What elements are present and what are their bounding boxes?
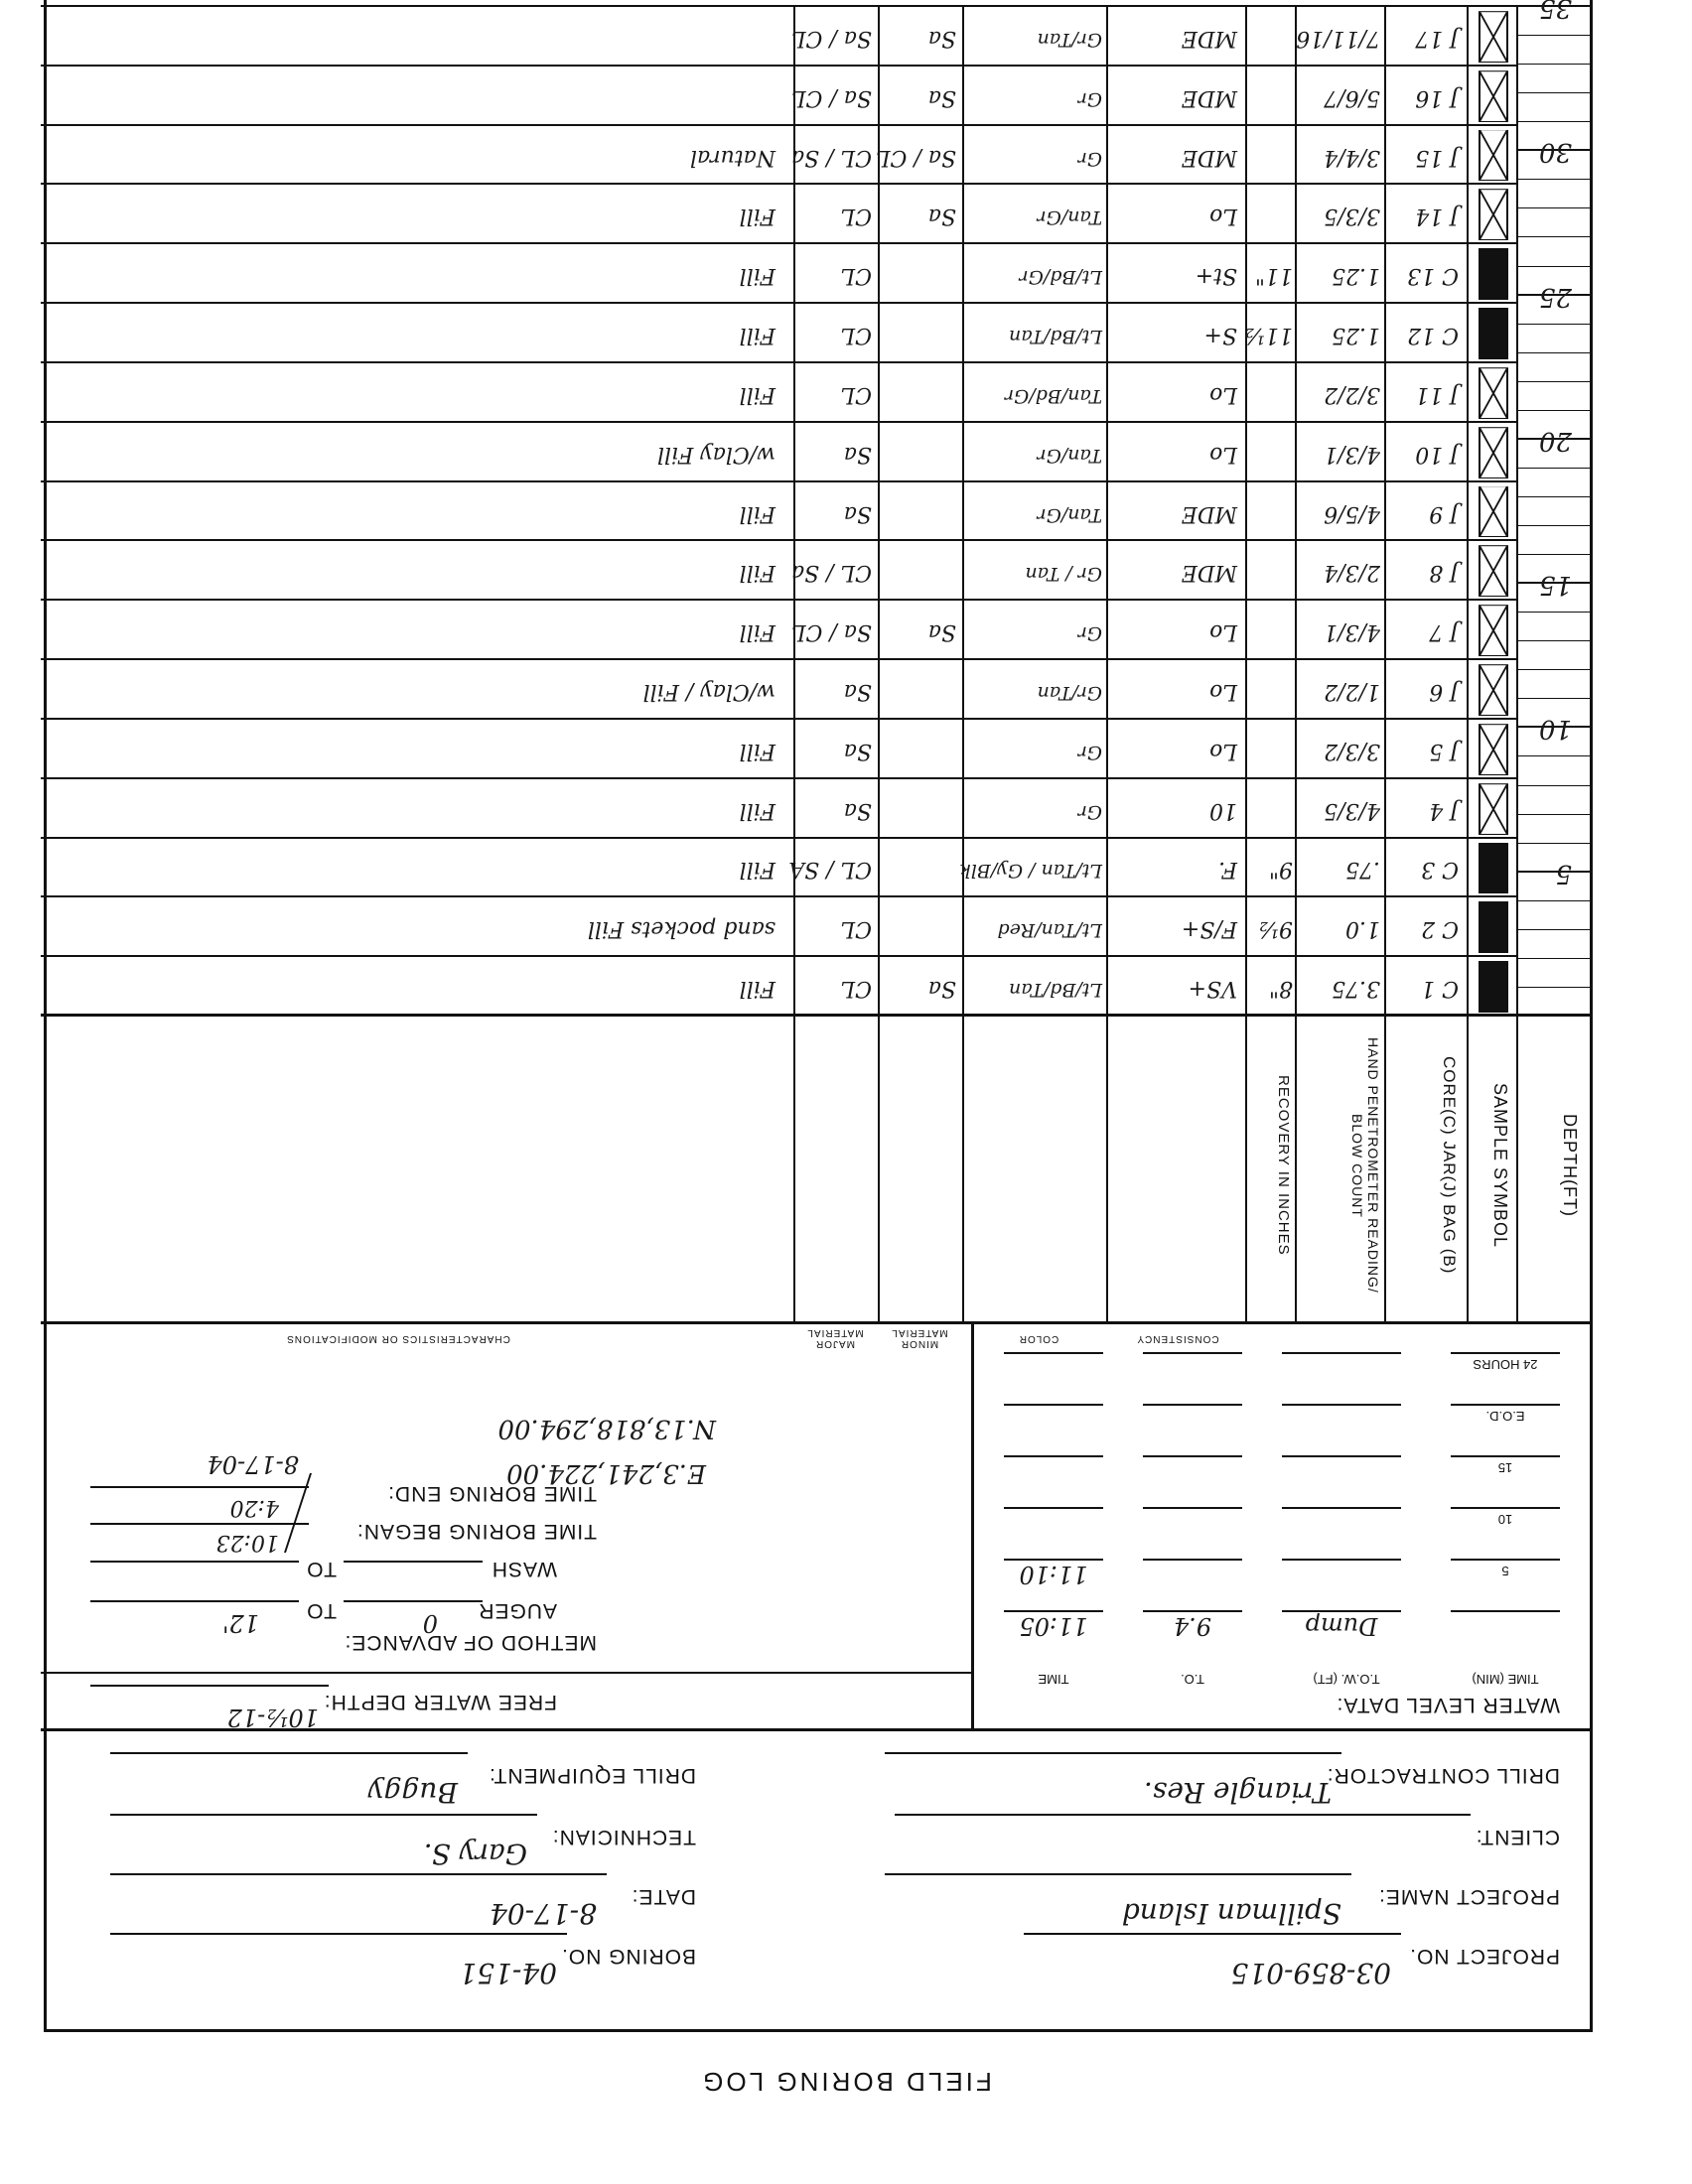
- easting-value[interactable]: E.3,241,224.00: [506, 1458, 706, 1488]
- table-row[interactable]: J 104/3/1LoTan/GrSaw/Clay Fill: [41, 423, 1590, 482]
- core-sample-symbol-icon: [1479, 308, 1508, 359]
- technician-value[interactable]: Gary S.: [424, 1838, 527, 1870]
- water-level-time-min: 15: [1451, 1460, 1560, 1475]
- recovery[interactable]: 8": [1269, 976, 1293, 1001]
- table-row[interactable]: J 94/5/6MDETan/GrSaFill: [41, 482, 1590, 542]
- minor-material[interactable]: Sa: [928, 85, 956, 110]
- jar-sample-symbol-icon: [1479, 664, 1508, 716]
- penetrometer-reading[interactable]: 5/6/7: [1324, 85, 1380, 110]
- consistency[interactable]: F/S+: [1182, 916, 1237, 941]
- characteristics[interactable]: sand pockets Fill: [588, 916, 775, 941]
- col-color: COLOR: [974, 1333, 1103, 1344]
- date-value[interactable]: 8-17-04: [490, 1897, 597, 1930]
- project-no-label: PROJECT NO.: [1409, 1944, 1560, 1968]
- penetrometer-reading[interactable]: 4/3/1: [1324, 619, 1380, 644]
- table-row[interactable]: C 121.2511½S+Lt/Bd/TanCLFill: [41, 304, 1590, 363]
- recovery[interactable]: 9½: [1258, 916, 1293, 941]
- color[interactable]: Lt/Bd/Gr: [1020, 266, 1102, 288]
- characteristics[interactable]: Natural: [690, 145, 775, 170]
- color[interactable]: Tan/Gr: [1038, 445, 1102, 467]
- consistency[interactable]: S+: [1203, 323, 1237, 347]
- major-material[interactable]: CL / Sa: [791, 145, 872, 170]
- major-material[interactable]: Sa / CL: [791, 619, 872, 644]
- core-sample-symbol-icon: [1479, 961, 1508, 1013]
- sample-id[interactable]: J 14: [1415, 204, 1459, 228]
- table-row[interactable]: J 61/2/2LoGr/TanSaw/Clay / Fill: [41, 660, 1590, 720]
- sample-id[interactable]: C 2: [1421, 916, 1459, 941]
- col-minor-material: MINOR MATERIAL: [880, 1327, 959, 1349]
- form-frame: PROJECT NO. 03-859-015 PROJECT NAME: Spi…: [44, 0, 1593, 2032]
- major-material[interactable]: CL: [841, 323, 872, 347]
- col-consistency: CONSISTENCY: [1118, 1333, 1237, 1344]
- penetrometer-reading[interactable]: 3/3/5: [1324, 204, 1380, 228]
- penetrometer-reading[interactable]: 3/4/4: [1324, 145, 1380, 170]
- recovery[interactable]: 11½: [1244, 323, 1293, 347]
- auger-to[interactable]: 12': [222, 1609, 259, 1637]
- major-material[interactable]: Sa: [844, 501, 872, 526]
- characteristics[interactable]: Fill: [740, 501, 775, 526]
- depth-mark: 5: [1555, 859, 1572, 888]
- sample-id[interactable]: J 8: [1429, 560, 1459, 585]
- characteristics[interactable]: w/Clay / Fill: [643, 679, 775, 704]
- free-water-depth-label: FREE WATER DEPTH:: [324, 1690, 557, 1713]
- characteristics[interactable]: Fill: [740, 263, 775, 288]
- major-material[interactable]: CL: [841, 916, 872, 941]
- wl-col-tow: T.O.W. (FT): [1292, 1672, 1401, 1687]
- color[interactable]: Lt/Tan/Red: [997, 919, 1102, 941]
- penetrometer-reading[interactable]: 4/5/6: [1324, 501, 1380, 526]
- color[interactable]: Lt/Bd/Tan: [1009, 979, 1102, 1001]
- consistency[interactable]: MDE: [1182, 145, 1237, 170]
- table-row[interactable]: J 143/3/5LoTan/GrSaCLFill: [41, 185, 1590, 244]
- depth-mark: 30: [1539, 137, 1572, 167]
- col-penetrometer: HAND PENETROMETER READING/ BLOW COUNT: [1302, 1017, 1381, 1314]
- penetrometer-reading[interactable]: 4/3/1: [1324, 442, 1380, 467]
- color[interactable]: Lt/Bd/Tan: [1009, 326, 1102, 347]
- form-title: FIELD BORING LOG: [0, 2066, 1692, 2097]
- time-boring-began-value[interactable]: 10:23: [216, 1530, 279, 1555]
- table-row[interactable]: J 153/4/4MDEGrSa / CLCL / SaNatural: [41, 126, 1590, 186]
- wash-to-label: TO: [306, 1557, 337, 1580]
- drill-contractor-value[interactable]: Triangle Res.: [1144, 1776, 1332, 1809]
- jar-sample-symbol-icon: [1479, 130, 1508, 182]
- jar-sample-symbol-icon: [1479, 545, 1508, 597]
- consistency[interactable]: Lo: [1209, 739, 1237, 763]
- wl-col-time: TIME: [1004, 1672, 1103, 1687]
- col-depth: DEPTH(FT): [1530, 1017, 1580, 1314]
- color[interactable]: Gr: [1078, 801, 1102, 823]
- depth-mark: 20: [1539, 426, 1572, 456]
- characteristics[interactable]: Fill: [740, 798, 775, 823]
- date-label: DATE:: [632, 1884, 696, 1908]
- major-material[interactable]: Sa: [844, 739, 872, 763]
- color[interactable]: Gr/Tan: [1038, 29, 1102, 51]
- method-of-advance-label: METHOD OF ADVANCE:: [345, 1630, 597, 1654]
- water-level-to[interactable]: 9.4: [1143, 1612, 1242, 1640]
- major-material[interactable]: CL / SA: [788, 857, 872, 882]
- col-sample-type: CORE(C) JAR(J) BAG (B): [1389, 1017, 1459, 1314]
- consistency[interactable]: St+: [1196, 263, 1237, 288]
- consistency[interactable]: Lo: [1209, 442, 1237, 467]
- col-sample-symbol: SAMPLE SYMBOL: [1471, 1017, 1510, 1314]
- major-material[interactable]: CL / Sa: [791, 560, 872, 585]
- major-material[interactable]: CL: [841, 382, 872, 407]
- color[interactable]: Gr / Tan: [1025, 563, 1102, 585]
- water-level-time-min: 5: [1451, 1564, 1560, 1578]
- sample-id[interactable]: J 6: [1429, 679, 1459, 704]
- table-row[interactable]: C 13.758"VS+Lt/Bd/TanSaCLFill: [41, 957, 1590, 1017]
- col-recovery: RECOVERY IN INCHES: [1252, 1017, 1292, 1314]
- table-row[interactable]: J 53/3/2LoGrSaFill: [41, 720, 1590, 779]
- consistency[interactable]: Lo: [1209, 204, 1237, 228]
- sample-id[interactable]: C 3: [1421, 857, 1459, 882]
- core-sample-symbol-icon: [1479, 843, 1508, 894]
- minor-material[interactable]: Sa: [928, 26, 956, 51]
- consistency[interactable]: MDE: [1182, 501, 1237, 526]
- water-level-time-min: E.O.D.: [1451, 1409, 1560, 1424]
- core-sample-symbol-icon: [1479, 901, 1508, 953]
- depth-mark: 35: [1539, 0, 1572, 23]
- time-boring-end-value[interactable]: 4:20: [230, 1495, 279, 1520]
- drill-equipment-label: DRILL EQUIPMENT:: [489, 1763, 696, 1787]
- project-no-value[interactable]: 03-859-015: [1231, 1957, 1391, 1989]
- characteristics[interactable]: Fill: [740, 382, 775, 407]
- consistency[interactable]: MDE: [1182, 560, 1237, 585]
- sample-id[interactable]: C 12: [1407, 323, 1459, 347]
- sample-id[interactable]: J 5: [1429, 739, 1459, 763]
- end-date-value[interactable]: 8-17-04: [207, 1450, 299, 1478]
- table-row[interactable]: J 177/11/16MDEGr/TanSaSa / CL: [41, 7, 1590, 67]
- project-name-value[interactable]: Spillman Island: [1122, 1897, 1341, 1930]
- table-row[interactable]: C 21.09½F/S+Lt/Tan/RedCLsand pockets Fil…: [41, 897, 1590, 957]
- time-boring-began-label: TIME BORING BEGAN:: [356, 1519, 597, 1543]
- client-label: CLIENT:: [1476, 1825, 1560, 1848]
- consistency[interactable]: Lo: [1209, 382, 1237, 407]
- penetrometer-reading[interactable]: .75: [1345, 857, 1380, 882]
- jar-sample-symbol-icon: [1479, 724, 1508, 775]
- major-material[interactable]: Sa: [844, 798, 872, 823]
- color[interactable]: Tan/Gr: [1038, 206, 1102, 228]
- table-row[interactable]: J 44/3/510GrSaFill: [41, 779, 1590, 839]
- minor-material[interactable]: Sa / CL: [876, 145, 956, 170]
- water-level-tow[interactable]: Dump: [1282, 1612, 1401, 1640]
- penetrometer-reading[interactable]: 7/11/16: [1296, 26, 1380, 51]
- sample-id[interactable]: J 9: [1429, 501, 1459, 526]
- depth-mark: 15: [1539, 570, 1572, 600]
- col-characteristics: CHARACTERISTICS OR MODIFICATIONS: [100, 1333, 696, 1344]
- water-level-title: WATER LEVEL DATA:: [1337, 1693, 1560, 1716]
- minor-material[interactable]: Sa: [928, 976, 956, 1001]
- sample-id[interactable]: J 11: [1415, 382, 1459, 407]
- technician-label: TECHNICIAN:: [552, 1825, 696, 1848]
- penetrometer-reading[interactable]: 1.0: [1345, 916, 1380, 941]
- sample-id[interactable]: J 16: [1415, 85, 1459, 110]
- water-level-time-min: 10: [1451, 1512, 1560, 1527]
- characteristics[interactable]: Fill: [740, 560, 775, 585]
- drill-contractor-label: DRILL CONTRACTOR:: [1327, 1763, 1560, 1787]
- minor-material[interactable]: Sa: [928, 204, 956, 228]
- major-material[interactable]: Sa / CL: [791, 26, 872, 51]
- penetrometer-reading[interactable]: 1.25: [1332, 323, 1380, 347]
- sample-id[interactable]: J 4: [1429, 798, 1459, 823]
- penetrometer-reading[interactable]: 3/2/2: [1324, 382, 1380, 407]
- characteristics[interactable]: Fill: [740, 739, 775, 763]
- field-boring-log-sheet: FIELD BORING LOG PROJECT NO. 03-859-015 …: [0, 0, 1692, 2184]
- jar-sample-symbol-icon: [1479, 189, 1508, 240]
- wl-col-to: T.O.: [1143, 1672, 1242, 1687]
- free-water-depth-value[interactable]: 10½-12: [227, 1704, 319, 1731]
- color[interactable]: Gr: [1078, 148, 1102, 170]
- characteristics[interactable]: w/Clay Fill: [657, 442, 775, 467]
- boring-no-label: BORING NO.: [561, 1944, 696, 1968]
- jar-sample-symbol-icon: [1479, 605, 1508, 656]
- water-level-time[interactable]: 11:10: [1004, 1561, 1103, 1588]
- jar-sample-symbol-icon: [1479, 11, 1508, 63]
- depth-mark: 25: [1539, 282, 1572, 312]
- jar-sample-symbol-icon: [1479, 427, 1508, 478]
- characteristics[interactable]: Fill: [740, 204, 775, 228]
- table-row[interactable]: C 131.2511"St+Lt/Bd/GrCLFill: [41, 244, 1590, 304]
- sample-id[interactable]: J 7: [1429, 619, 1459, 644]
- sample-id[interactable]: J 15: [1415, 145, 1459, 170]
- table-row[interactable]: J 74/3/1LoGrSaSa / CLFill: [41, 601, 1590, 660]
- sample-id[interactable]: J 10: [1415, 442, 1459, 467]
- project-name-label: PROJECT NAME:: [1378, 1884, 1560, 1908]
- water-level-time-min: 24 HOURS: [1451, 1357, 1560, 1372]
- characteristics[interactable]: Fill: [740, 976, 775, 1001]
- wl-col-time-min: TIME (MIN): [1451, 1672, 1560, 1687]
- penetrometer-reading[interactable]: 4/3/5: [1324, 798, 1380, 823]
- major-material[interactable]: CL: [841, 204, 872, 228]
- consistency[interactable]: MDE: [1182, 85, 1237, 110]
- auger-label: AUGER: [478, 1598, 557, 1622]
- table-row[interactable]: C 3.759"F.Lt/Tan / Gy/BlkCL / SAFill: [41, 839, 1590, 898]
- consistency[interactable]: VS+: [1189, 976, 1237, 1001]
- consistency[interactable]: Lo: [1209, 619, 1237, 644]
- color[interactable]: Tan/Gr: [1038, 504, 1102, 526]
- sample-id[interactable]: C 1: [1421, 976, 1459, 1001]
- drill-equipment-value[interactable]: Buggy: [368, 1776, 458, 1809]
- sample-id[interactable]: C 13: [1407, 263, 1459, 288]
- jar-sample-symbol-icon: [1479, 783, 1508, 835]
- major-material[interactable]: CL: [841, 976, 872, 1001]
- consistency[interactable]: F.: [1218, 857, 1237, 882]
- table-row[interactable]: J 82/3/4MDEGr / TanCL / SaFill: [41, 541, 1590, 601]
- color[interactable]: Gr: [1078, 622, 1102, 644]
- major-material[interactable]: CL: [841, 263, 872, 288]
- table-row[interactable]: J 113/2/2LoTan/Bd/GrCLFill: [41, 363, 1590, 423]
- table-row[interactable]: J 165/6/7MDEGrSaSa / CL: [41, 67, 1590, 126]
- consistency[interactable]: MDE: [1182, 26, 1237, 51]
- consistency[interactable]: 10: [1209, 798, 1237, 823]
- characteristics[interactable]: Fill: [740, 619, 775, 644]
- color[interactable]: Gr/Tan: [1038, 682, 1102, 704]
- characteristics[interactable]: Fill: [740, 323, 775, 347]
- color[interactable]: Tan/Bd/Gr: [1005, 385, 1102, 407]
- jar-sample-symbol-icon: [1479, 70, 1508, 122]
- auger-to-label: TO: [306, 1598, 337, 1622]
- characteristics[interactable]: Fill: [740, 857, 775, 882]
- col-major-material: MAJOR MATERIAL: [795, 1327, 875, 1349]
- depth-mark: 10: [1539, 714, 1572, 744]
- color[interactable]: Gr: [1078, 742, 1102, 763]
- northing-value[interactable]: N.13,818,294.00: [497, 1414, 716, 1443]
- penetrometer-reading[interactable]: 1.25: [1332, 263, 1380, 288]
- penetrometer-reading[interactable]: 3/3/2: [1324, 739, 1380, 763]
- major-material[interactable]: Sa: [844, 442, 872, 467]
- major-material[interactable]: Sa: [844, 679, 872, 704]
- water-level-time[interactable]: 11:05: [1004, 1612, 1103, 1640]
- penetrometer-reading[interactable]: 3.75: [1332, 976, 1380, 1001]
- recovery[interactable]: 11": [1255, 263, 1293, 288]
- jar-sample-symbol-icon: [1479, 486, 1508, 538]
- color[interactable]: Gr: [1078, 88, 1102, 110]
- penetrometer-reading[interactable]: 2/3/4: [1324, 560, 1380, 585]
- auger-from[interactable]: 0: [423, 1609, 438, 1637]
- minor-material[interactable]: Sa: [928, 619, 956, 644]
- sample-id[interactable]: J 17: [1415, 26, 1459, 51]
- boring-no-value[interactable]: 04-151: [459, 1957, 557, 1989]
- major-material[interactable]: Sa / CL: [791, 85, 872, 110]
- jar-sample-symbol-icon: [1479, 367, 1508, 419]
- consistency[interactable]: Lo: [1209, 679, 1237, 704]
- color[interactable]: Lt/Tan / Gy/Blk: [959, 860, 1102, 882]
- wash-label: WASH: [492, 1557, 557, 1580]
- recovery[interactable]: 9": [1269, 857, 1293, 882]
- penetrometer-reading[interactable]: 1/2/2: [1324, 679, 1380, 704]
- core-sample-symbol-icon: [1479, 248, 1508, 300]
